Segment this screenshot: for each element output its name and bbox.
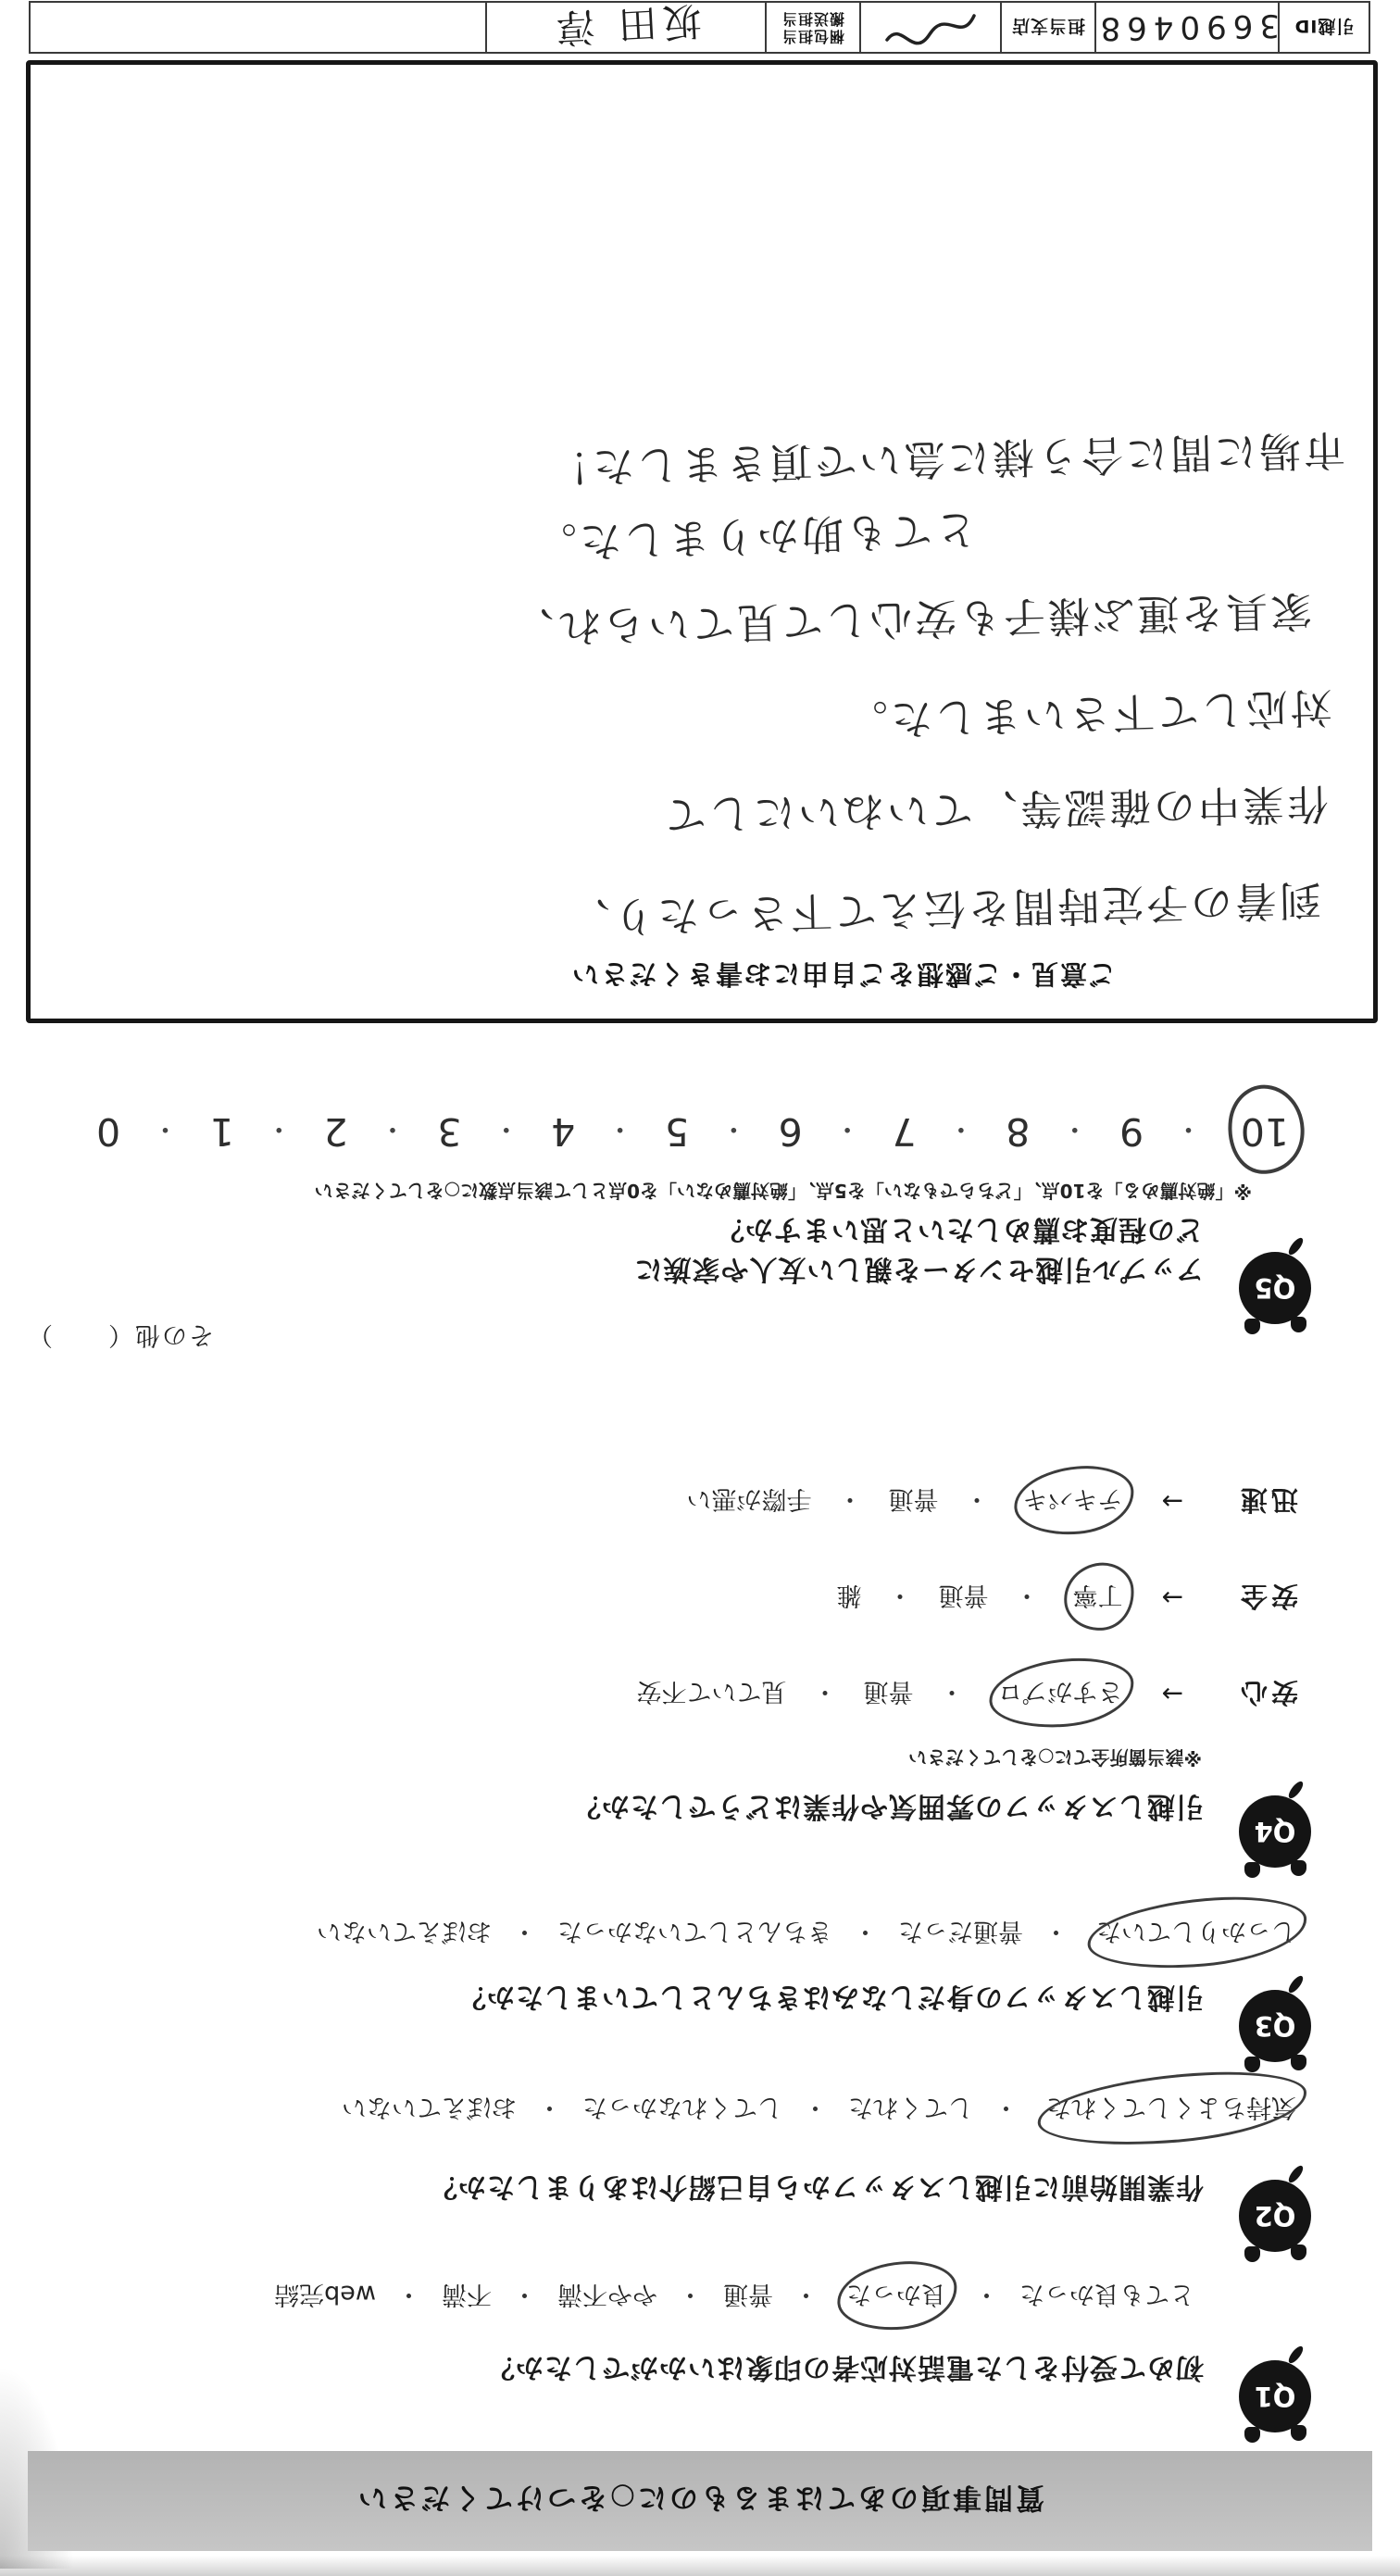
- dot-separator: ・: [537, 2093, 562, 2121]
- option: 3: [437, 1109, 461, 1154]
- q4-row-options: 丁寧・普通・雑: [837, 1581, 1131, 1617]
- arrow-icon: →: [1162, 1680, 1183, 1710]
- dot-separator: ・: [888, 1582, 913, 1610]
- handwritten-line: 到着の予定時間を伝えて下さったり、: [565, 873, 1321, 952]
- q4-question: 引越しスタッフの雰囲気や作業はどうでしたか？: [572, 1789, 1204, 1830]
- q4-row-label: 安心: [1189, 1676, 1298, 1714]
- option: きちんとしていなかった: [557, 1916, 832, 1952]
- handwritten-line: 作業中の確認等、ていねいにして: [662, 777, 1330, 849]
- dot-separator: ・: [396, 2280, 421, 2308]
- handwritten-line: 対応して下さいました。: [843, 681, 1333, 755]
- dot-separator: ・: [974, 2280, 999, 2308]
- option: 9: [1119, 1109, 1144, 1154]
- dot-separator: ・: [151, 1111, 179, 1152]
- option: 普通: [889, 1484, 939, 1520]
- option-circled: テキパキ: [1023, 1484, 1123, 1520]
- header-banner-text: 質問事項のあてはまるものに○をつけてください: [356, 2481, 1044, 2522]
- move-id-label: 引越ID: [1278, 3, 1369, 52]
- dot-separator: ・: [512, 2280, 537, 2308]
- option-circled: しっかりしていた: [1096, 1916, 1296, 1952]
- option: 7: [892, 1109, 916, 1154]
- dot-separator: ・: [940, 1678, 965, 1707]
- branch-signature: [880, 7, 981, 48]
- q1-options: とても良かった・良かった・普通・やや不満・不満・web完結: [274, 2279, 1194, 2315]
- survey-sheet: 質問事項のあてはまるものに○をつけてください Q1 初めて受付をした電話対応者の…: [0, 0, 1400, 2576]
- option: 普通: [864, 1677, 914, 1713]
- staff-label-cell: 梱包担当 搬送担当: [765, 3, 859, 52]
- q5-question-line2: どの程度お薦めしたいと思いますか？: [716, 1212, 1204, 1253]
- q4-rows: 安心→さすがプロ・普通・見ていて不安安全→丁寧・普通・雑迅速→テキパキ・普通・手…: [67, 1440, 1298, 1729]
- q2-badge: Q2: [1239, 2180, 1311, 2252]
- handwritten-line: 家具を運ぶ様子も安心して見ていられ、: [509, 584, 1313, 661]
- option: 普通: [939, 1581, 989, 1617]
- arrow-icon: →: [1162, 1487, 1183, 1518]
- option-circled: さすがプロ: [998, 1677, 1123, 1713]
- option: 雑: [837, 1581, 862, 1617]
- move-id-value: 3690468: [1094, 3, 1278, 52]
- staff-name-handwritten: 坂田 淳: [549, 0, 703, 59]
- comment-box: ご意見・ご感想をご自由にお書きください 到着の予定時間を伝えて下さったり、作業中…: [26, 60, 1378, 1023]
- q4-row-options: さすがプロ・普通・見ていて不安: [637, 1677, 1131, 1713]
- option: 1: [210, 1109, 234, 1154]
- option: やや不満: [557, 2279, 657, 2315]
- option-circled: 気持ちよくしてくれた: [1046, 2092, 1296, 2128]
- scanned-survey-page: 質問事項のあてはまるものに○をつけてください Q1 初めて受付をした電話対応者の…: [0, 0, 1400, 2576]
- q3-options: しっかりしていた・普通だった・きちんとしていなかった・おぼえていない: [317, 1916, 1304, 1952]
- option: とても良かった: [1019, 2279, 1194, 2315]
- option: 普通: [723, 2279, 773, 2315]
- dot-separator: ・: [379, 1111, 406, 1152]
- transport-staff-label: 搬送担当: [781, 10, 844, 27]
- q4-row: 安全→丁寧・普通・雑: [67, 1564, 1298, 1632]
- option: おぼえていない: [317, 1916, 492, 1952]
- option-circled: 丁寧: [1073, 1581, 1123, 1617]
- q5-badge: Q5: [1239, 1252, 1311, 1324]
- scan-shadow: [0, 2556, 1400, 2576]
- dot-separator: ・: [1061, 1111, 1089, 1152]
- footer-empty-cell: [31, 3, 485, 52]
- q4-note: ※該当箇所全てに○をしてください: [908, 1745, 1202, 1772]
- dot-separator: ・: [853, 1917, 878, 1945]
- option: 手際が悪い: [687, 1484, 812, 1520]
- option-circled: 良かった: [846, 2279, 946, 2315]
- handwritten-line: 市場に間に合う様に急いで頂きました！: [544, 423, 1345, 502]
- q5-question-line1: アップル引越センターを親しい友人や家族に: [634, 1252, 1205, 1293]
- option: 普通だった: [898, 1916, 1023, 1952]
- q4-row-label: 安全: [1189, 1580, 1298, 1618]
- option: 5: [665, 1109, 689, 1154]
- dot-separator: ・: [1044, 1917, 1069, 1945]
- q2-options: 気持ちよくしてくれた・してくれた・してくれなかった・おぼえていない: [342, 2092, 1304, 2128]
- q4-row-options: テキパキ・普通・手際が悪い: [687, 1484, 1131, 1520]
- dot-separator: ・: [1015, 1582, 1040, 1610]
- dot-separator: ・: [965, 1485, 990, 1514]
- q1-badge: Q1: [1239, 2360, 1311, 2432]
- dot-separator: ・: [265, 1111, 293, 1152]
- option: web完結: [274, 2279, 376, 2315]
- dot-separator: ・: [678, 2280, 703, 2308]
- dot-separator: ・: [813, 1678, 838, 1707]
- dot-separator: ・: [606, 1111, 634, 1152]
- dot-separator: ・: [994, 2093, 1019, 2121]
- option: してくれた: [848, 2092, 973, 2128]
- staff-name-cell: 坂田 淳: [485, 3, 765, 52]
- header-banner: 質問事項のあてはまるものに○をつけてください: [28, 2451, 1372, 2551]
- option: おぼえていない: [342, 2092, 517, 2128]
- dot-separator: ・: [719, 1111, 747, 1152]
- q5-rating-scale: 10・9・8・7・6・5・4・3・2・1・0: [96, 1109, 1296, 1154]
- q4-badge: Q4: [1239, 1795, 1311, 1868]
- dot-separator: ・: [838, 1485, 863, 1514]
- q4-row: 安心→さすがプロ・普通・見ていて不安: [67, 1660, 1298, 1729]
- option: 8: [1006, 1109, 1030, 1154]
- packing-staff-label: 梱包担当: [781, 28, 844, 44]
- dot-separator: ・: [794, 2280, 819, 2308]
- move-id-handwritten: 3690468: [1094, 7, 1280, 47]
- footer-id-strip: 引越ID 3690468 担当支店 梱包担当 搬送担当 坂田 淳: [29, 1, 1370, 54]
- q4-row: 迅速→テキパキ・普通・手際が悪い: [67, 1468, 1298, 1536]
- q3-badge: Q3: [1239, 1990, 1311, 2062]
- option: してくれなかった: [582, 2092, 782, 2128]
- q5-note: ※「絶対薦める」を10点、「どちらでもない」を5点、「絶対薦めない」を0点として…: [315, 1179, 1252, 1206]
- handwritten-line: とても助かりました。: [531, 503, 978, 577]
- q1-question: 初めて受付をした電話対応者の印象はいかがでしたか？: [486, 2350, 1204, 2391]
- option: 0: [96, 1109, 120, 1154]
- q4-row-label: 迅速: [1189, 1483, 1298, 1521]
- option: 2: [324, 1109, 348, 1154]
- option-circled: 10: [1241, 1109, 1289, 1154]
- q4-other-option: その他（ ）: [26, 1319, 214, 1356]
- dot-separator: ・: [512, 1917, 537, 1945]
- arrow-icon: →: [1162, 1583, 1183, 1614]
- option: 不満: [442, 2279, 492, 2315]
- dot-separator: ・: [803, 2093, 828, 2121]
- option: 見ていて不安: [637, 1677, 787, 1713]
- q3-question: 引越しスタッフの身だしなみはきちんとしていましたか？: [457, 1980, 1204, 2020]
- dot-separator: ・: [833, 1111, 861, 1152]
- q2-question: 作業開始前に引越しスタッフから自己紹介はありましたか？: [429, 2170, 1204, 2210]
- branch-label: 担当支店: [1000, 3, 1094, 52]
- dot-separator: ・: [1174, 1111, 1202, 1152]
- dot-separator: ・: [493, 1111, 520, 1152]
- option: 4: [551, 1109, 575, 1154]
- comment-box-label: ご意見・ご感想をご自由にお書きください: [570, 957, 1116, 994]
- branch-signature-cell: [859, 3, 1000, 52]
- option: 6: [779, 1109, 803, 1154]
- dot-separator: ・: [947, 1111, 975, 1152]
